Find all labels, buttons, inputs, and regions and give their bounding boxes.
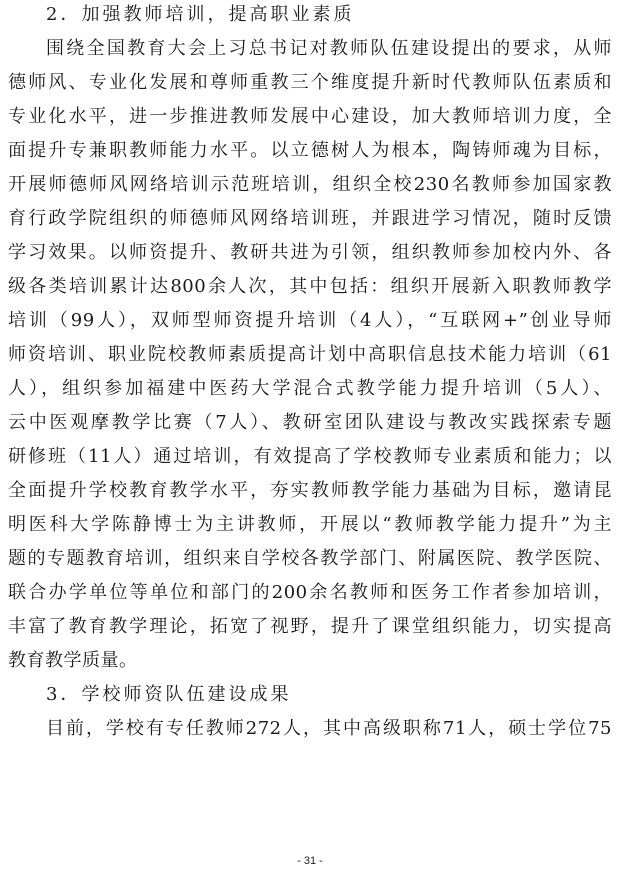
paragraph-line: 师资培训、职业院校教师素质提高计划中高职信息技术能力培训（61 [8, 338, 612, 372]
document-page: 2．加强教师培训，提高职业素质 围绕全国教育大会上习总书记对教师队伍建设提出的要… [0, 0, 620, 875]
paragraph-line: 围绕全国教育大会上习总书记对教师队伍建设提出的要求，从师 [46, 32, 612, 66]
paragraph-line: 德师风、专业化发展和尊师重教三个维度提升新时代教师队伍素质和 [8, 66, 612, 100]
paragraph-line: 培训（99人），双师型师资提升培训（4人），“互联网+”创业导师 [8, 304, 612, 338]
paragraph-line: 联合办学单位等单位和部门的200余名教师和医务工作者参加培训， [8, 576, 612, 610]
paragraph-line: 明医科大学陈静博士为主讲教师，开展以“教师教学能力提升”为主 [8, 508, 612, 542]
paragraph-line: 题的专题教育培训，组织来自学校各教学部门、附属医院、教学医院、 [8, 542, 612, 576]
paragraph-line: 人），组织参加福建中医药大学混合式教学能力提升培训（5人）、 [8, 372, 612, 406]
paragraph-line: 开展师德师风网络培训示范班培训，组织全校230名教师参加国家教 [8, 168, 612, 202]
paragraph-line: 丰富了教育教学理论，拓宽了视野，提升了课堂组织能力，切实提高 [8, 610, 612, 644]
page-number: - 31 - [0, 855, 620, 867]
section-heading: 3．学校师资队伍建设成果 [46, 678, 612, 712]
paragraph-line: 云中医观摩教学比赛（7人）、教研室团队建设与教改实践探索专题 [8, 406, 612, 440]
paragraph-line: 目前，学校有专任教师272人，其中高级职称71人，硕士学位75 [46, 712, 612, 746]
paragraph-line: 教育教学质量。 [8, 644, 612, 678]
section-heading: 2．加强教师培训，提高职业素质 [46, 0, 612, 32]
paragraph-line: 育行政学院组织的师德师风网络培训班，并跟进学习情况，随时反馈 [8, 202, 612, 236]
paragraph-line: 级各类培训累计达800余人次，其中包括：组织开展新入职教师教学 [8, 270, 612, 304]
paragraph-line: 专业化水平，进一步推进教师发展中心建设，加大教师培训力度，全 [8, 100, 612, 134]
paragraph-line: 面提升专兼职教师能力水平。以立德树人为根本，陶铸师魂为目标， [8, 134, 612, 168]
paragraph-line: 研修班（11人）通过培训，有效提高了学校教师专业素质和能力；以 [8, 440, 612, 474]
paragraph-line: 全面提升学校教育教学水平，夯实教师教学能力基础为目标，邀请昆 [8, 474, 612, 508]
paragraph-line: 学习效果。以师资提升、教研共进为引领，组织教师参加校内外、各 [8, 236, 612, 270]
